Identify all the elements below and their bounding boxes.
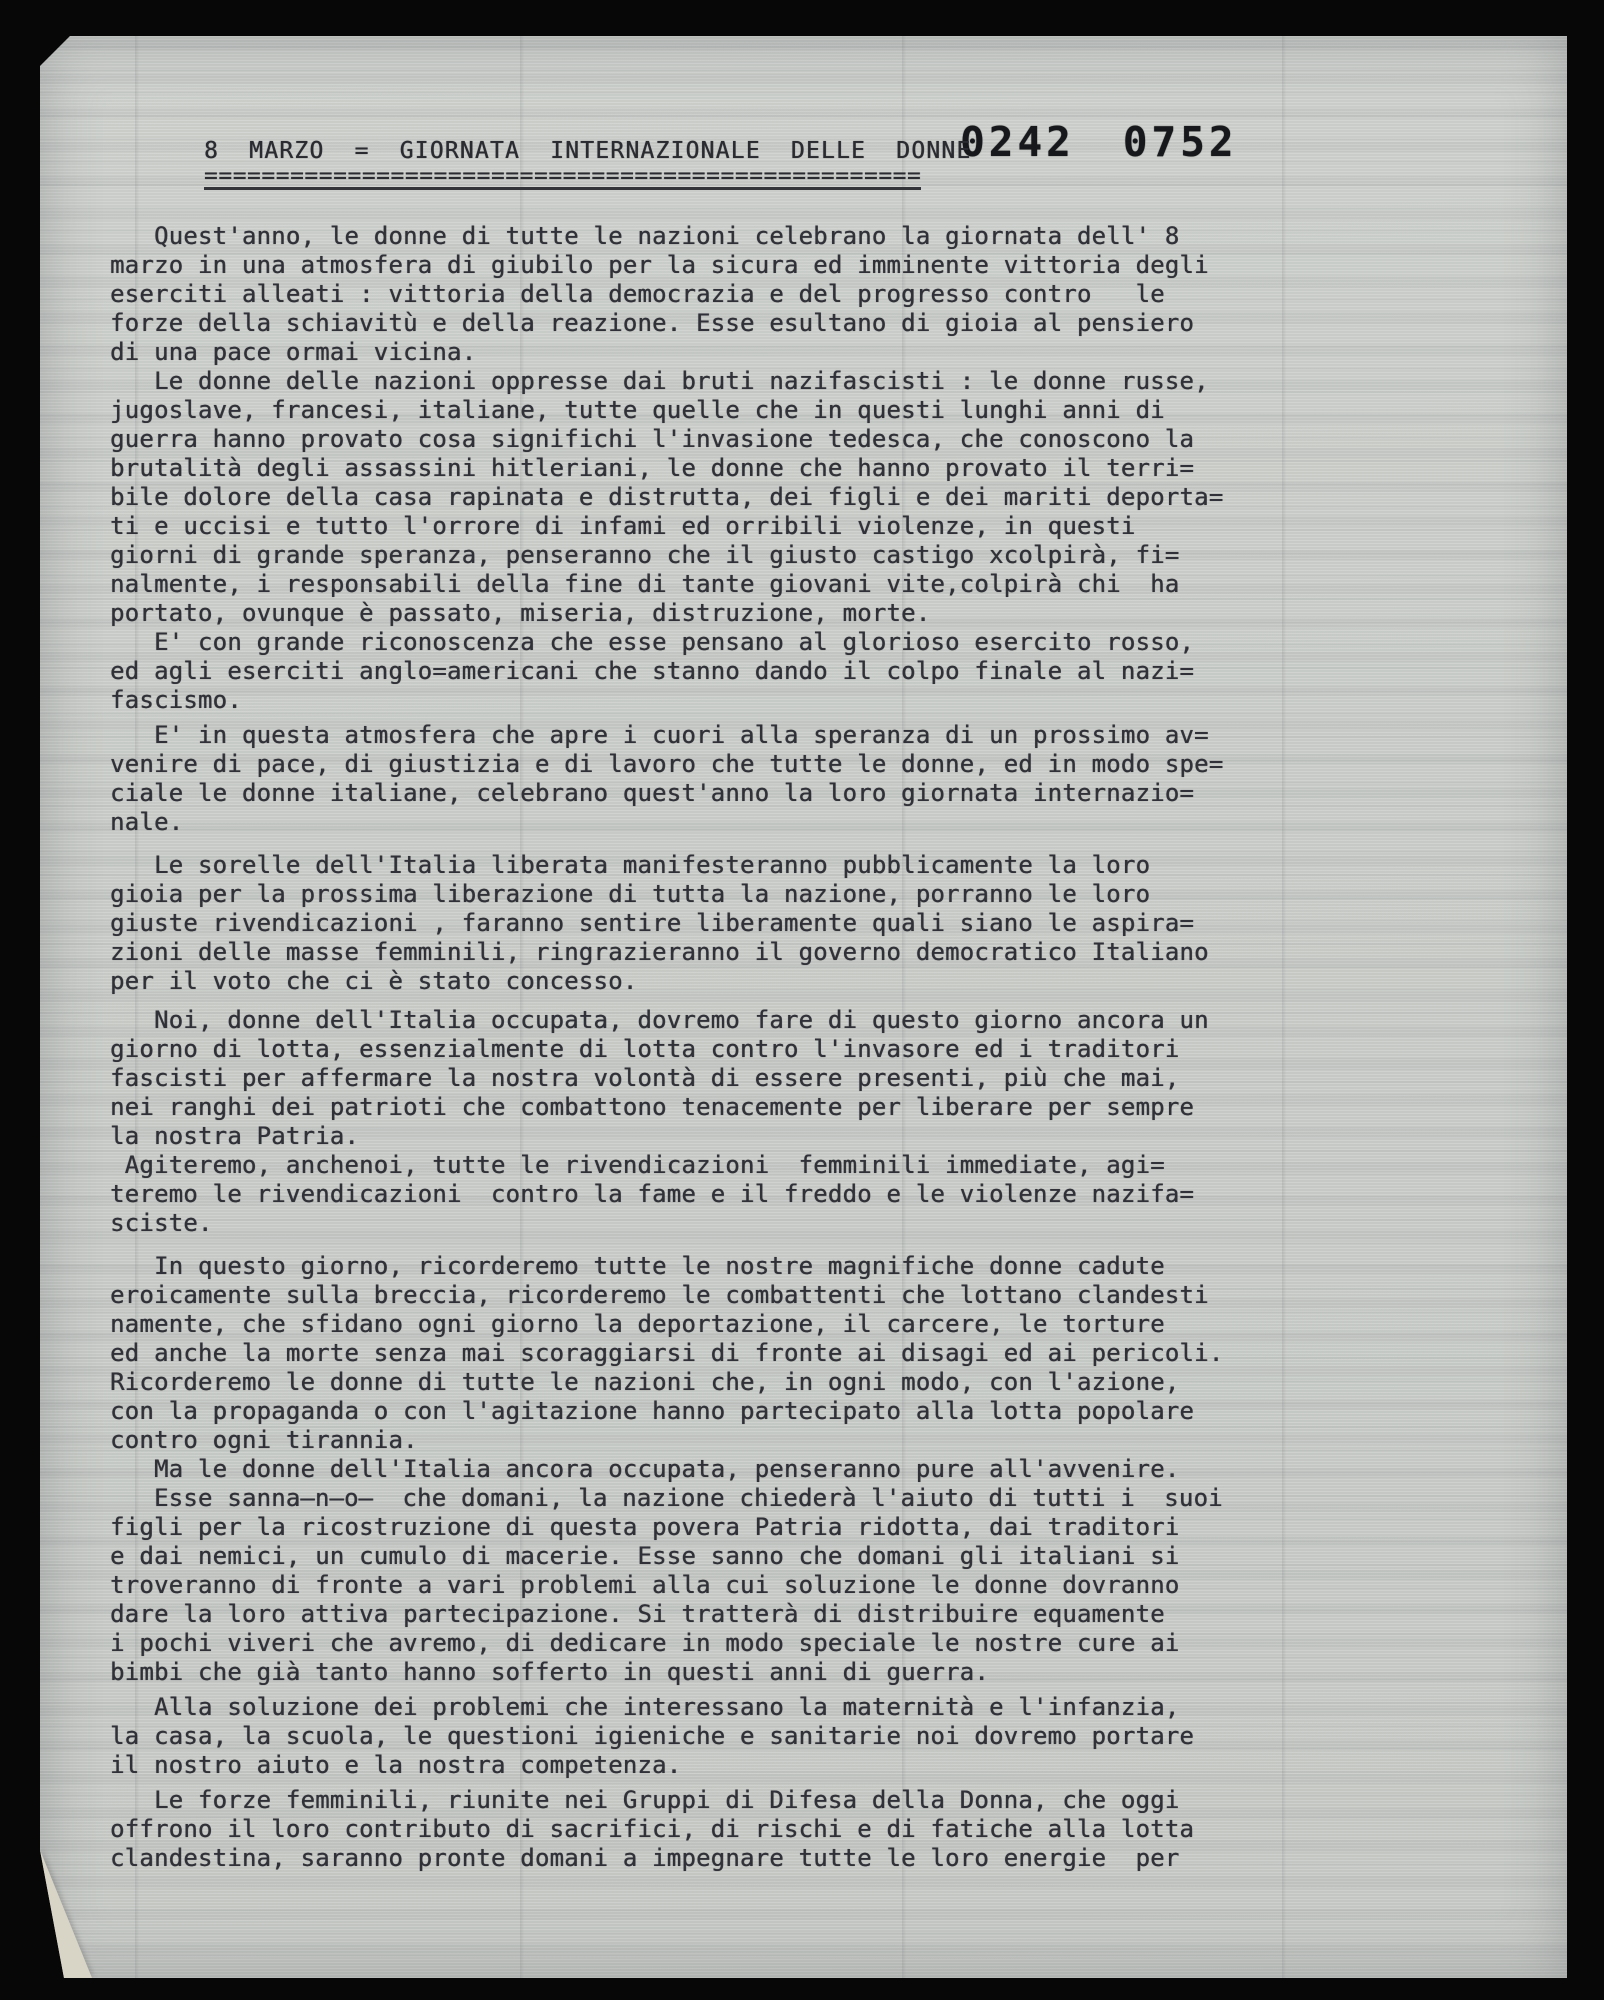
paragraph: Le forze femminili, riunite nei Gruppi d… [110,1786,1510,1873]
paragraph: Le donne delle nazioni oppresse dai brut… [110,367,1510,628]
document-body: Quest'anno, le donne di tutte le nazioni… [110,222,1510,1873]
paragraph: E' con grande riconoscenza che esse pens… [110,628,1510,715]
paragraph: Le sorelle dell'Italia liberata manifest… [110,851,1510,996]
document-page: 02420752 8 MARZO = GIORNATA INTERNAZIONA… [40,36,1567,1978]
paragraph: Agiteremo, anchenoi, tutte le rivendicaz… [110,1151,1510,1238]
stamp-number-left: 0242 [960,118,1075,166]
paragraph: Alla soluzione dei problemi che interess… [110,1693,1510,1780]
stamp-number-right: 0752 [1123,118,1238,166]
torn-corner [40,1850,92,1978]
scan-background: 02420752 8 MARZO = GIORNATA INTERNAZIONA… [0,0,1604,2000]
paragraph: In questo giorno, ricorderemo tutte le n… [110,1252,1510,1455]
title-underline: ========================================… [204,169,921,190]
title-block: 8 MARZO = GIORNATA INTERNAZIONALE DELLE … [204,138,971,190]
paragraph: Quest'anno, le donne di tutte le nazioni… [110,222,1510,367]
paragraph: E' in questa atmosfera che apre i cuori … [110,721,1510,837]
paragraph: Noi, donne dell'Italia occupata, dovremo… [110,1006,1510,1151]
paragraph: Ma le donne dell'Italia ancora occupata,… [110,1455,1510,1484]
document-title: 8 MARZO = GIORNATA INTERNAZIONALE DELLE … [204,138,971,164]
paragraph: Esse sanna̶n̶o̶ che domani, la nazione c… [110,1484,1510,1687]
